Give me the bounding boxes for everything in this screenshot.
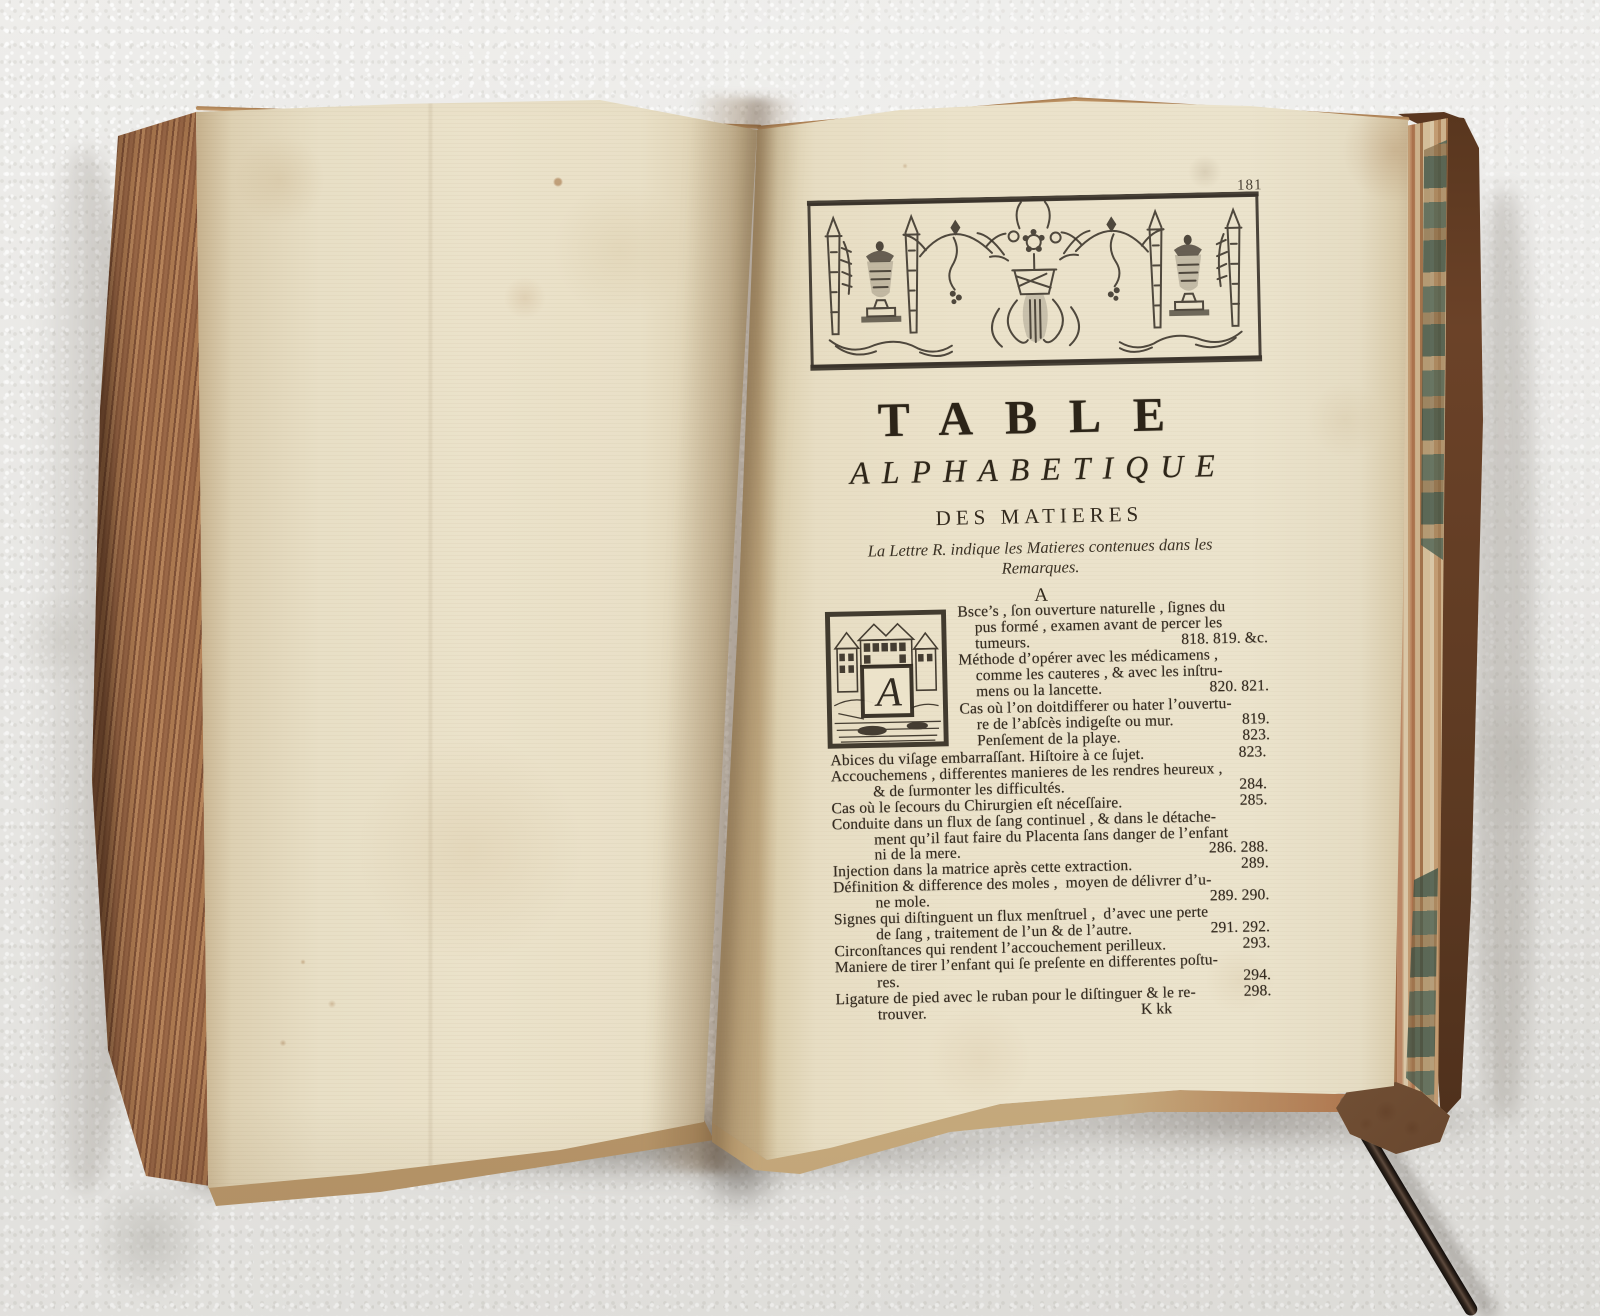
book-shadow-right (1474, 190, 1534, 1120)
initial-letter-glyph: A (873, 668, 903, 715)
title-table: TABLE (811, 385, 1264, 449)
title-alphabetique: ALPHABETIQUE (812, 446, 1265, 492)
page-reference: 289. (1237, 856, 1269, 873)
index-column-beside-initial: Bsce’s , ſon ouverture naturelle , ſigne… (957, 598, 1270, 749)
title-des-matieres: DES MATIERES (813, 499, 1265, 533)
page-reference: 289. 290. (1206, 887, 1270, 904)
page-reference: 285. (1236, 792, 1268, 809)
page-reference: 293. (1239, 935, 1271, 952)
headpiece-woodcut-ornament (807, 191, 1263, 372)
page-reference: 823. (1235, 744, 1267, 761)
table-note: La Lettre R. indique les Matieres conten… (814, 533, 1267, 582)
index-body-column: Abices du viſage embarraſſant. Hiſtoire … (830, 744, 1272, 1023)
page-reference: 284. (1235, 776, 1267, 793)
catchword: K kk (1141, 1001, 1172, 1018)
photo-scene: 181 (0, 0, 1600, 1316)
page-reference: 294. (1239, 967, 1271, 984)
printed-page-content: 181 (806, 155, 1276, 1044)
page-reference: 298. (1240, 983, 1272, 1000)
initial-woodcut-letter-A: A (824, 609, 949, 750)
